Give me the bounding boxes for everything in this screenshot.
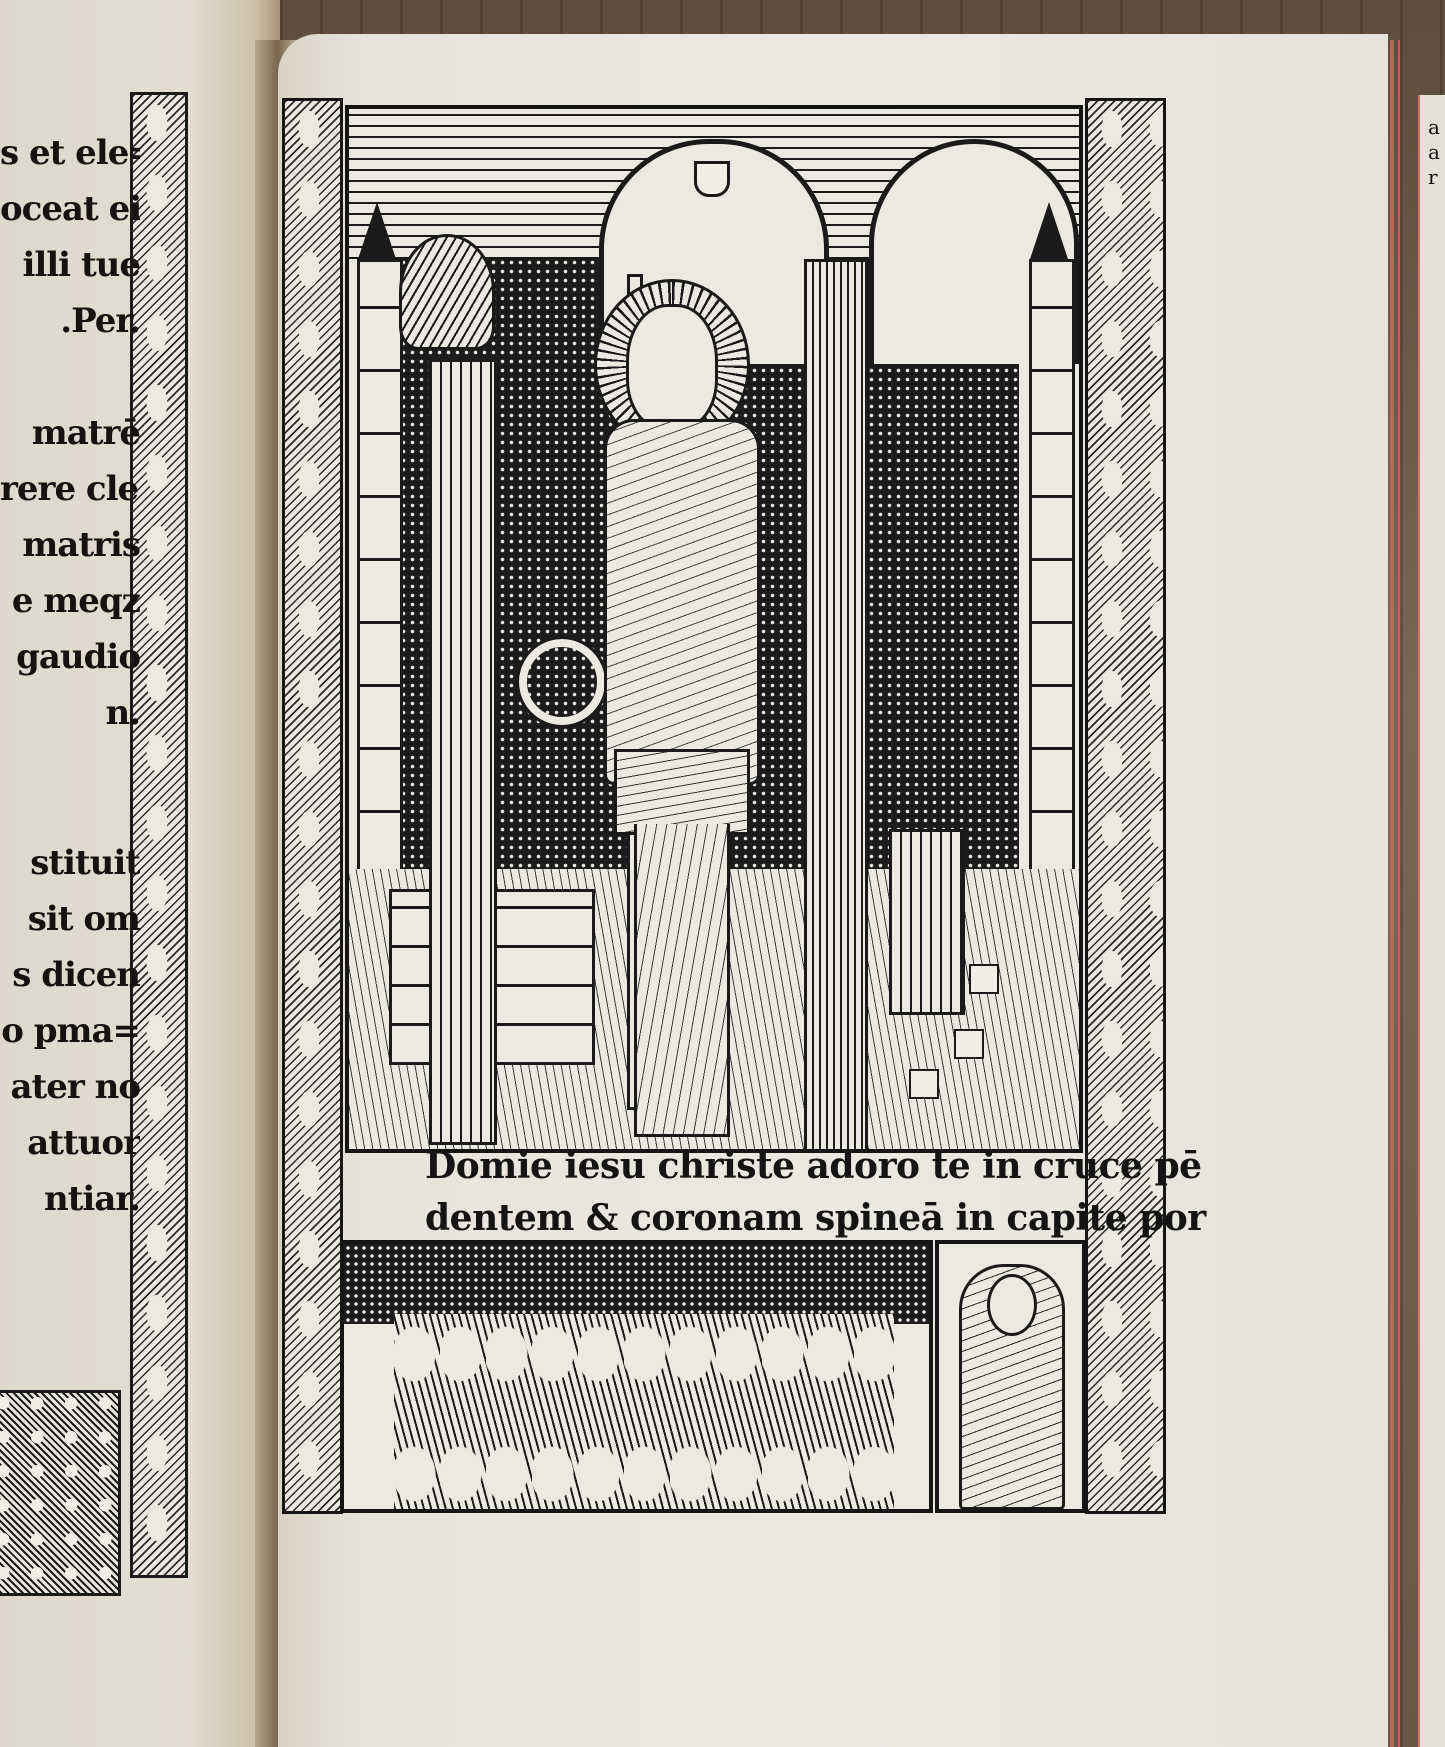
crowd-of-bishops [394, 1314, 894, 1509]
chalice-icon [694, 161, 730, 197]
die [954, 1029, 984, 1059]
text-line: ater no [0, 1059, 140, 1115]
text-line: attuor [0, 1115, 140, 1171]
rooster [399, 234, 495, 350]
left-page-text-lower: stituit sit om s dicen o pma= ater no at… [0, 835, 140, 1227]
text-line: matrē [0, 405, 140, 461]
text-line: rere cle= [0, 461, 140, 517]
text-line: s dicen [0, 947, 140, 1003]
text-line: matris [0, 517, 140, 573]
left-page-woodcut-fragment [0, 1390, 121, 1596]
left-page-text-upper: s et ele= oceat ei illi tue .Per. matrē … [0, 125, 140, 741]
text-line: s et ele= [0, 125, 140, 181]
die [909, 1069, 939, 1099]
saint-head [987, 1274, 1037, 1336]
column-of-flagellation [429, 359, 497, 1145]
main-left-border [282, 98, 343, 1514]
text-line: ntiar. [0, 1171, 140, 1227]
legs [634, 824, 730, 1137]
text-line: stituit [0, 835, 140, 891]
loincloth [614, 749, 750, 835]
caption-line-2: dentem & coronam spineā in capite por [425, 1192, 1085, 1244]
caption: Domie iesu christe adoro te in cruce pē … [425, 1140, 1085, 1244]
text-line: o pma= [0, 1003, 140, 1059]
die [969, 964, 999, 994]
arches [344, 1244, 929, 1324]
lantern-pedestal [889, 829, 965, 1015]
text-line: gaudio [0, 629, 140, 685]
main-right-border [1085, 98, 1166, 1514]
text-line: sit om [0, 891, 140, 947]
caption-line-1: Domie iesu christe adoro te in cruce pē [425, 1140, 1085, 1192]
next-page-fragment: a [1428, 115, 1440, 139]
christ-figure [564, 279, 794, 1139]
torso [604, 419, 760, 785]
text-line: .Per. [0, 293, 140, 349]
red-page-edge [1390, 40, 1394, 1747]
text-line: n. [0, 685, 140, 741]
next-page-edge: a a r [1418, 95, 1445, 1747]
red-page-edge [1398, 40, 1400, 1747]
main-woodcut-illustration [345, 105, 1083, 1153]
text-line: e meqz [0, 573, 140, 629]
text-line: illi tue [0, 237, 140, 293]
head [626, 304, 718, 430]
bottom-woodcut-saint [935, 1240, 1086, 1513]
text-line: oceat ei [0, 181, 140, 237]
text-line [0, 349, 140, 405]
bottom-woodcut-bishops [340, 1240, 933, 1513]
next-page-fragment: a [1428, 140, 1440, 164]
cross [804, 259, 868, 1153]
next-page-fragment: r [1428, 165, 1438, 189]
